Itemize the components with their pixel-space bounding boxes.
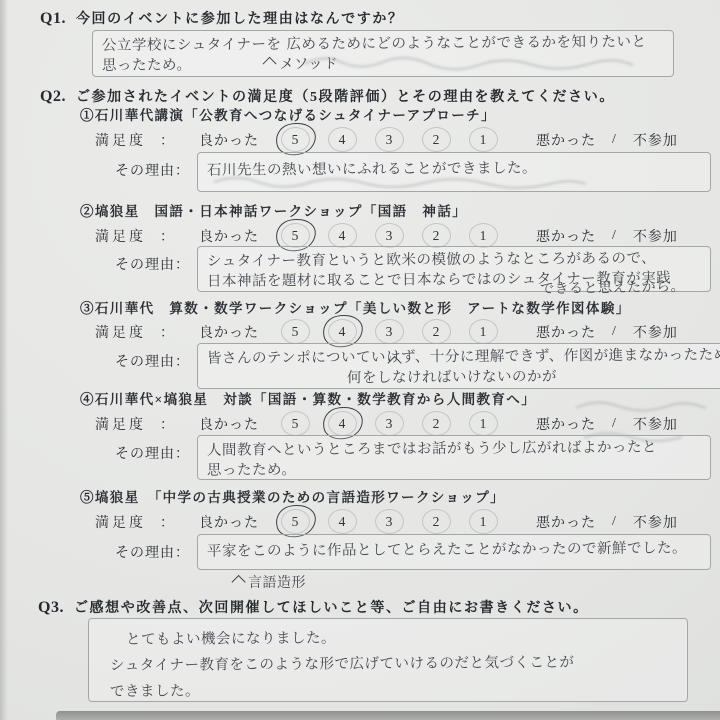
- scale-good-label: 良かった: [199, 130, 259, 150]
- scale-separator: /: [612, 514, 617, 530]
- colon: ：: [160, 322, 175, 342]
- scale-good-label: 良かった: [199, 322, 259, 342]
- colon: ：: [160, 512, 175, 532]
- scale-separator: /: [612, 228, 617, 244]
- satisfaction-scale: 満足度 ： 良かった 5 4 3 2 1 悪かった / 不参加: [95, 127, 678, 152]
- scale-option: 1: [469, 127, 498, 152]
- reason-box: 人間教育へというところまではお話がもう少し広がればよかったと 思ったため。: [197, 435, 711, 480]
- scale-option: 5: [281, 127, 310, 152]
- scale-option: 5: [281, 319, 310, 344]
- reason-label: その理由：: [115, 435, 190, 463]
- q3-answer-box: とてもよい機会になりました。 シュタイナー教育をこのような形で広げていけるのだと…: [88, 618, 688, 702]
- reason-label: その理由：: [115, 246, 190, 274]
- q1-answer-line: 思ったため。メソッド: [102, 52, 664, 76]
- scale-separator: /: [612, 132, 617, 148]
- satisfaction-scale: 満足度 ： 良かった 5 4 3 2 1 悪かった / 不参加: [95, 223, 678, 248]
- event-title: ⑤塙狼星 「中学の古典授業のための言語造形ワークショップ」: [80, 486, 720, 506]
- reason-insertion-note: 言語造形: [248, 575, 306, 591]
- reason-line: 平家をこのように作品としてとらえたことがなかったので新鮮でした。: [207, 538, 701, 561]
- q3-label: Q3.: [38, 599, 64, 617]
- q1-question: 今回のイベントに参加した理由はなんですか？: [76, 8, 404, 28]
- satisfaction-label: 満足度: [95, 322, 146, 342]
- event-title: ③石川華代 算数・数学ワークショップ「美しい数と形 アートな数学作図体験」: [80, 297, 720, 317]
- reason-line: 思ったため。: [207, 457, 701, 480]
- satisfaction-scale: 満足度 ： 良かった 5 4 3 2 1 悪かった / 不参加: [95, 411, 678, 436]
- scale-separator: /: [612, 416, 617, 432]
- scale-option: 1: [469, 411, 498, 436]
- scale-option: 3: [375, 319, 404, 344]
- q3-header: Q3. ご感想や改善点、次回開催してほしいこと等、ご自由にお書きください。: [0, 597, 720, 617]
- event-item-2: ②塙狼星 国語・日本神話ワークショップ「国語 神話」 満足度 ： 良かった 5 …: [0, 200, 720, 300]
- q1-label: Q1.: [40, 10, 66, 28]
- scale-option: 4: [328, 127, 357, 152]
- scale-not-attended-label: 不参加: [633, 130, 678, 150]
- event-item-3: ③石川華代 算数・数学ワークショップ「美しい数と形 アートな数学作図体験」 満足…: [0, 297, 720, 393]
- scale-good-label: 良かった: [199, 512, 259, 532]
- reason-box: 石川先生の熱い想いにふれることができました。: [197, 152, 711, 192]
- event-item-1: ①石川華代講演「公教育へつなげるシュタイナーアプローチ」 満足度 ： 良かった …: [0, 104, 720, 200]
- scale-separator: /: [612, 324, 617, 340]
- scale-not-attended-label: 不参加: [633, 414, 678, 434]
- reason-overflow-note: できると思えたから。: [540, 276, 685, 299]
- scale-option: 3: [375, 509, 404, 534]
- scale-option: 5: [281, 411, 310, 436]
- scale-option: 2: [422, 319, 451, 344]
- scale-bad-label: 悪かった: [536, 512, 596, 532]
- scale-option: 5: [281, 223, 310, 248]
- scale-option: 4: [328, 509, 357, 534]
- scale-option: 1: [469, 509, 498, 534]
- reason-box: 平家をこのように作品としてとらえたことがなかったので新鮮でした。: [197, 534, 711, 570]
- next-sheet-edge: [56, 711, 720, 720]
- scale-option: 2: [422, 127, 451, 152]
- scale-not-attended-label: 不参加: [633, 226, 678, 246]
- event-item-5: ⑤塙狼星 「中学の古典授業のための言語造形ワークショップ」 満足度 ： 良かった…: [0, 486, 720, 594]
- scale-bad-label: 悪かった: [536, 130, 596, 150]
- scale-good-label: 良かった: [199, 226, 259, 246]
- scale-option: 4: [328, 319, 357, 344]
- satisfaction-label: 満足度: [95, 226, 146, 246]
- q1-insertion-note: メソッド: [279, 56, 338, 72]
- satisfaction-scale: 満足度 ： 良かった 5 4 3 2 1 悪かった / 不参加: [95, 319, 678, 344]
- q3-answer-line: できました。: [110, 675, 678, 705]
- scale-option: 3: [375, 223, 404, 248]
- scale-option: 1: [469, 319, 498, 344]
- insertion-caret-icon: [232, 575, 246, 589]
- satisfaction-label: 満足度: [95, 414, 146, 434]
- scale-option: 2: [422, 223, 451, 248]
- scale-option: 4: [328, 223, 357, 248]
- scale-option: 2: [422, 411, 451, 436]
- event-title: ②塙狼星 国語・日本神話ワークショップ「国語 神話」: [80, 200, 720, 220]
- satisfaction-label: 満足度: [95, 512, 146, 532]
- reason-label: その理由：: [115, 343, 190, 371]
- scale-bad-label: 悪かった: [536, 226, 596, 246]
- reason-box: 皆さんのテンポについていけず、十分に理解できず、作図が進まなかったため。 何をし…: [197, 343, 720, 389]
- q2-question: ご参加されたイベントの満足度（5段階評価）とその理由を教えてください。: [76, 86, 615, 106]
- event-title: ①石川華代講演「公教育へつなげるシュタイナーアプローチ」: [80, 104, 720, 124]
- q3-answer-line: シュタイナー教育をこのような形で広げていけるのだと気づくことが: [110, 649, 678, 679]
- scale-not-attended-label: 不参加: [633, 322, 678, 342]
- scale-option: 1: [469, 223, 498, 248]
- reason-label: その理由：: [115, 534, 190, 562]
- scale-bad-label: 悪かった: [536, 414, 596, 434]
- scale-option: 3: [375, 127, 404, 152]
- event-title: ④石川華代×塙狼星 対談「国語・算数・数学教育から人間教育へ」: [80, 388, 720, 408]
- reason-insertion-note: 何をしなければいけないのかが: [347, 366, 720, 389]
- colon: ：: [160, 414, 175, 434]
- event-item-4: ④石川華代×塙狼星 対談「国語・算数・数学教育から人間教育へ」 満足度 ： 良か…: [0, 388, 720, 486]
- scale-option: 5: [281, 509, 310, 534]
- scale-bad-label: 悪かった: [536, 322, 596, 342]
- insertion-caret-icon: [263, 57, 277, 71]
- scale-option: 3: [375, 411, 404, 436]
- scale-option: 4: [328, 411, 357, 436]
- q1-header: Q1. 今回のイベントに参加した理由はなんですか？: [0, 8, 720, 28]
- scale-not-attended-label: 不参加: [633, 512, 678, 532]
- survey-form-photo: Q1. 今回のイベントに参加した理由はなんですか？ 公立学校にシュタイナーを 広…: [0, 0, 720, 720]
- scale-option: 2: [422, 509, 451, 534]
- q1-answer-box: 公立学校にシュタイナーを 広めるためにどのようなことができるかを知りたいと 思っ…: [92, 30, 674, 77]
- q3-answer-line: とてもよい機会になりました。: [126, 623, 678, 653]
- colon: ：: [160, 226, 175, 246]
- scale-good-label: 良かった: [199, 414, 259, 434]
- colon: ：: [160, 130, 175, 150]
- reason-line: 石川先生の熱い想いにふれることができました。: [207, 157, 701, 180]
- satisfaction-label: 満足度: [95, 130, 146, 150]
- satisfaction-scale: 満足度 ： 良かった 5 4 3 2 1 悪かった / 不参加: [95, 509, 678, 534]
- q2-header: Q2. ご参加されたイベントの満足度（5段階評価）とその理由を教えてください。: [0, 86, 720, 106]
- reason-label: その理由：: [115, 152, 190, 180]
- q3-question: ご感想や改善点、次回開催してほしいこと等、ご自由にお書きください。: [74, 597, 589, 617]
